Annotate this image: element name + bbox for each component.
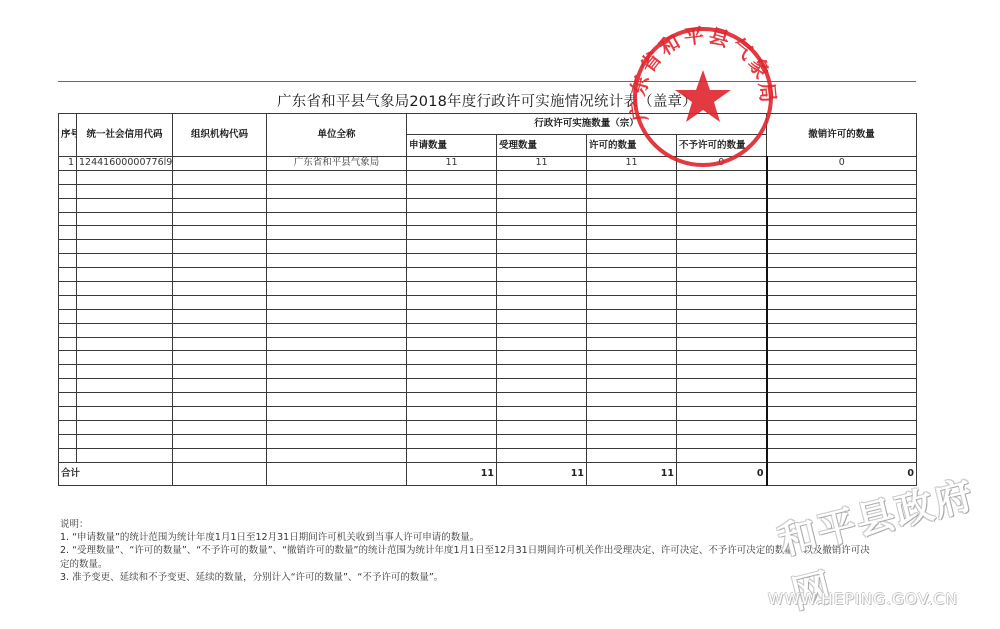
empty-cell [59, 420, 77, 434]
empty-cell [587, 240, 677, 254]
empty-cell [407, 420, 497, 434]
empty-cell [587, 212, 677, 226]
empty-cell [767, 240, 917, 254]
empty-cell [59, 309, 77, 323]
note-line: 2. “受理数量”、“许可的数量”、“不予许可的数量”、“撤销许可的数量”的统计… [60, 544, 760, 557]
empty-cell [587, 268, 677, 282]
header-seq: 序号 [59, 114, 77, 157]
empty-cell [59, 282, 77, 296]
document-page: 广东省和平县气象局2018年度行政许可实施情况统计表（盖章） 序号 统一社会信用… [0, 0, 1000, 629]
empty-cell [77, 420, 173, 434]
empty-cell [59, 323, 77, 337]
header-applied: 申请数量 [407, 135, 497, 157]
empty-cell [767, 282, 917, 296]
empty-cell [77, 309, 173, 323]
empty-cell [587, 434, 677, 448]
empty-cell [173, 198, 267, 212]
empty-cell [767, 170, 917, 184]
empty-cell [267, 282, 407, 296]
empty-cell [407, 351, 497, 365]
table-row-empty [59, 212, 917, 226]
empty-cell [407, 337, 497, 351]
header-accepted: 受理数量 [497, 135, 587, 157]
empty-cell [587, 379, 677, 393]
empty-cell [407, 379, 497, 393]
empty-cell [767, 198, 917, 212]
table-row-empty [59, 198, 917, 212]
cell-denied: 0 [677, 157, 767, 171]
empty-cell [77, 379, 173, 393]
empty-cell [767, 295, 917, 309]
empty-cell [767, 448, 917, 462]
empty-cell [77, 212, 173, 226]
empty-cell [267, 198, 407, 212]
empty-cell [497, 184, 587, 198]
cell-applied: 11 [407, 157, 497, 171]
empty-cell [77, 240, 173, 254]
empty-cell [173, 393, 267, 407]
empty-cell [173, 379, 267, 393]
empty-cell [587, 351, 677, 365]
empty-cell [677, 254, 767, 268]
table-body: 1 12441600000776l9P 广东省和平县气象局 11 11 11 0… [59, 157, 917, 463]
empty-cell [677, 351, 767, 365]
empty-cell [173, 170, 267, 184]
empty-cell [677, 323, 767, 337]
empty-cell [173, 309, 267, 323]
empty-cell [173, 434, 267, 448]
empty-cell [173, 323, 267, 337]
empty-cell [587, 309, 677, 323]
empty-cell [677, 240, 767, 254]
empty-cell [677, 448, 767, 462]
empty-cell [767, 254, 917, 268]
note-line: 3. 准予变更、延续和不予变更、延续的数量，分别计入“许可的数量”、“不予许可的… [60, 571, 760, 584]
empty-cell [407, 365, 497, 379]
empty-cell [407, 226, 497, 240]
empty-cell [173, 226, 267, 240]
empty-cell [587, 254, 677, 268]
empty-cell [77, 282, 173, 296]
empty-cell [407, 323, 497, 337]
table-row-empty [59, 240, 917, 254]
empty-cell [59, 365, 77, 379]
empty-cell [497, 393, 587, 407]
empty-cell [407, 212, 497, 226]
note-line: 1. “申请数量”的统计范围为统计年度1月1日至12月31日期间许可机关收到当事… [60, 531, 760, 544]
empty-cell [407, 434, 497, 448]
cell-permitted: 11 [587, 157, 677, 171]
empty-cell [677, 282, 767, 296]
empty-cell [497, 240, 587, 254]
table-row-empty [59, 309, 917, 323]
empty-cell [407, 393, 497, 407]
empty-cell [267, 295, 407, 309]
empty-cell [677, 212, 767, 226]
empty-cell [77, 365, 173, 379]
empty-cell [267, 337, 407, 351]
document-title: 广东省和平县气象局2018年度行政许可实施情况统计表（盖章） [58, 90, 916, 111]
empty-cell [767, 212, 917, 226]
empty-cell [267, 184, 407, 198]
empty-cell [677, 268, 767, 282]
empty-cell [59, 448, 77, 462]
empty-cell [267, 268, 407, 282]
empty-cell [173, 295, 267, 309]
empty-cell [677, 226, 767, 240]
table-row-empty [59, 337, 917, 351]
table-row-empty [59, 323, 917, 337]
header-permitted: 许可的数量 [587, 135, 677, 157]
total-accepted: 11 [497, 462, 587, 485]
empty-cell [407, 170, 497, 184]
empty-cell [767, 309, 917, 323]
empty-cell [59, 407, 77, 421]
empty-cell [677, 393, 767, 407]
empty-cell [587, 323, 677, 337]
empty-cell [497, 323, 587, 337]
empty-cell [77, 170, 173, 184]
empty-cell [59, 434, 77, 448]
table-row-empty [59, 268, 917, 282]
empty-cell [173, 448, 267, 462]
total-denied: 0 [677, 462, 767, 485]
empty-cell [59, 351, 77, 365]
empty-cell [767, 365, 917, 379]
empty-cell [173, 212, 267, 226]
empty-cell [59, 393, 77, 407]
empty-cell [497, 407, 587, 421]
empty-cell [407, 407, 497, 421]
empty-cell [59, 254, 77, 268]
table-row-empty [59, 393, 917, 407]
empty-cell [77, 407, 173, 421]
empty-cell [677, 198, 767, 212]
empty-cell [59, 240, 77, 254]
empty-cell [677, 170, 767, 184]
notes-section: 说明： 1. “申请数量”的统计范围为统计年度1月1日至12月31日期间许可机关… [60, 518, 760, 584]
empty-cell [77, 351, 173, 365]
empty-cell [267, 379, 407, 393]
empty-cell [497, 309, 587, 323]
empty-cell [497, 268, 587, 282]
table-row-empty [59, 226, 917, 240]
empty-cell [587, 198, 677, 212]
empty-cell [587, 337, 677, 351]
empty-cell [59, 212, 77, 226]
empty-cell [497, 379, 587, 393]
permit-statistics-table: 序号 统一社会信用代码 组织机构代码 单位全称 行政许可实施数量（宗） 撤销许可… [58, 113, 917, 486]
empty-cell [173, 351, 267, 365]
table-row-empty [59, 448, 917, 462]
table-row-empty [59, 254, 917, 268]
empty-cell [173, 184, 267, 198]
empty-cell [497, 420, 587, 434]
empty-cell [677, 407, 767, 421]
empty-cell [767, 379, 917, 393]
empty-cell [267, 323, 407, 337]
total-unit-name [267, 462, 407, 485]
empty-cell [587, 226, 677, 240]
cell-accepted: 11 [497, 157, 587, 171]
cell-unit-name: 广东省和平县气象局 [267, 157, 407, 171]
header-permit-group: 行政许可实施数量（宗） [407, 114, 767, 135]
cell-org-code [173, 157, 267, 171]
empty-cell [267, 254, 407, 268]
empty-cell [677, 420, 767, 434]
empty-cell [173, 282, 267, 296]
table-row-empty [59, 379, 917, 393]
empty-cell [267, 393, 407, 407]
empty-cell [267, 365, 407, 379]
empty-cell [497, 282, 587, 296]
notes-heading: 说明： [60, 518, 760, 531]
total-label: 合计 [59, 462, 173, 485]
empty-cell [407, 240, 497, 254]
empty-cell [767, 184, 917, 198]
empty-cell [497, 295, 587, 309]
empty-cell [677, 184, 767, 198]
empty-cell [497, 212, 587, 226]
empty-cell [173, 337, 267, 351]
note-line: 定的数量。 [60, 558, 760, 571]
empty-cell [267, 407, 407, 421]
table-row-empty [59, 282, 917, 296]
empty-cell [587, 184, 677, 198]
empty-cell [267, 226, 407, 240]
empty-cell [587, 448, 677, 462]
empty-cell [587, 295, 677, 309]
empty-cell [267, 212, 407, 226]
empty-cell [59, 226, 77, 240]
watermark-url: WWW.HEPING.GOV.CN [768, 590, 958, 608]
empty-cell [767, 420, 917, 434]
empty-cell [77, 268, 173, 282]
empty-cell [497, 351, 587, 365]
empty-cell [407, 309, 497, 323]
empty-cell [77, 337, 173, 351]
empty-cell [173, 268, 267, 282]
empty-cell [767, 393, 917, 407]
top-rule [58, 81, 916, 82]
empty-cell [77, 198, 173, 212]
empty-cell [677, 309, 767, 323]
empty-cell [677, 337, 767, 351]
total-row: 合计 11 11 11 0 0 [59, 462, 917, 485]
table-row-empty [59, 434, 917, 448]
empty-cell [587, 393, 677, 407]
total-org-code [173, 462, 267, 485]
empty-cell [767, 268, 917, 282]
empty-cell [407, 254, 497, 268]
empty-cell [173, 254, 267, 268]
empty-cell [267, 170, 407, 184]
empty-cell [767, 434, 917, 448]
empty-cell [587, 282, 677, 296]
empty-cell [59, 337, 77, 351]
empty-cell [677, 295, 767, 309]
empty-cell [407, 282, 497, 296]
empty-cell [767, 337, 917, 351]
empty-cell [587, 407, 677, 421]
empty-cell [767, 226, 917, 240]
empty-cell [173, 365, 267, 379]
empty-cell [497, 434, 587, 448]
empty-cell [267, 351, 407, 365]
table-row-empty [59, 365, 917, 379]
empty-cell [497, 226, 587, 240]
total-permitted: 11 [587, 462, 677, 485]
empty-cell [497, 448, 587, 462]
empty-cell [767, 323, 917, 337]
empty-cell [677, 365, 767, 379]
empty-cell [407, 295, 497, 309]
empty-cell [267, 448, 407, 462]
empty-cell [497, 254, 587, 268]
empty-cell [77, 184, 173, 198]
empty-cell [173, 407, 267, 421]
cell-revoked: 0 [767, 157, 917, 171]
empty-cell [267, 434, 407, 448]
empty-cell [59, 170, 77, 184]
total-applied: 11 [407, 462, 497, 485]
table-row-empty [59, 184, 917, 198]
header-revoked: 撤销许可的数量 [767, 114, 917, 157]
empty-cell [407, 268, 497, 282]
empty-cell [77, 323, 173, 337]
cell-credit-code: 12441600000776l9P [77, 157, 173, 171]
empty-cell [77, 434, 173, 448]
table-row-empty [59, 407, 917, 421]
header-unit-name: 单位全称 [267, 114, 407, 157]
header-org-code: 组织机构代码 [173, 114, 267, 157]
empty-cell [173, 420, 267, 434]
empty-cell [587, 170, 677, 184]
empty-cell [173, 240, 267, 254]
empty-cell [77, 448, 173, 462]
table-row-empty [59, 420, 917, 434]
table-row-empty [59, 295, 917, 309]
empty-cell [59, 295, 77, 309]
empty-cell [497, 170, 587, 184]
empty-cell [497, 198, 587, 212]
empty-cell [677, 379, 767, 393]
empty-cell [59, 379, 77, 393]
cell-seq: 1 [59, 157, 77, 171]
empty-cell [767, 407, 917, 421]
empty-cell [59, 184, 77, 198]
empty-cell [267, 420, 407, 434]
empty-cell [767, 351, 917, 365]
table-row: 1 12441600000776l9P 广东省和平县气象局 11 11 11 0… [59, 157, 917, 171]
empty-cell [267, 240, 407, 254]
table-row-empty [59, 351, 917, 365]
empty-cell [59, 198, 77, 212]
empty-cell [77, 226, 173, 240]
empty-cell [497, 337, 587, 351]
empty-cell [407, 198, 497, 212]
empty-cell [77, 254, 173, 268]
empty-cell [59, 268, 77, 282]
empty-cell [587, 365, 677, 379]
header-credit-code: 统一社会信用代码 [77, 114, 173, 157]
empty-cell [587, 420, 677, 434]
header-denied: 不予许可的数量 [677, 135, 767, 157]
table-row-empty [59, 170, 917, 184]
empty-cell [267, 309, 407, 323]
empty-cell [407, 184, 497, 198]
empty-cell [407, 448, 497, 462]
empty-cell [77, 295, 173, 309]
empty-cell [497, 365, 587, 379]
empty-cell [77, 393, 173, 407]
empty-cell [677, 434, 767, 448]
